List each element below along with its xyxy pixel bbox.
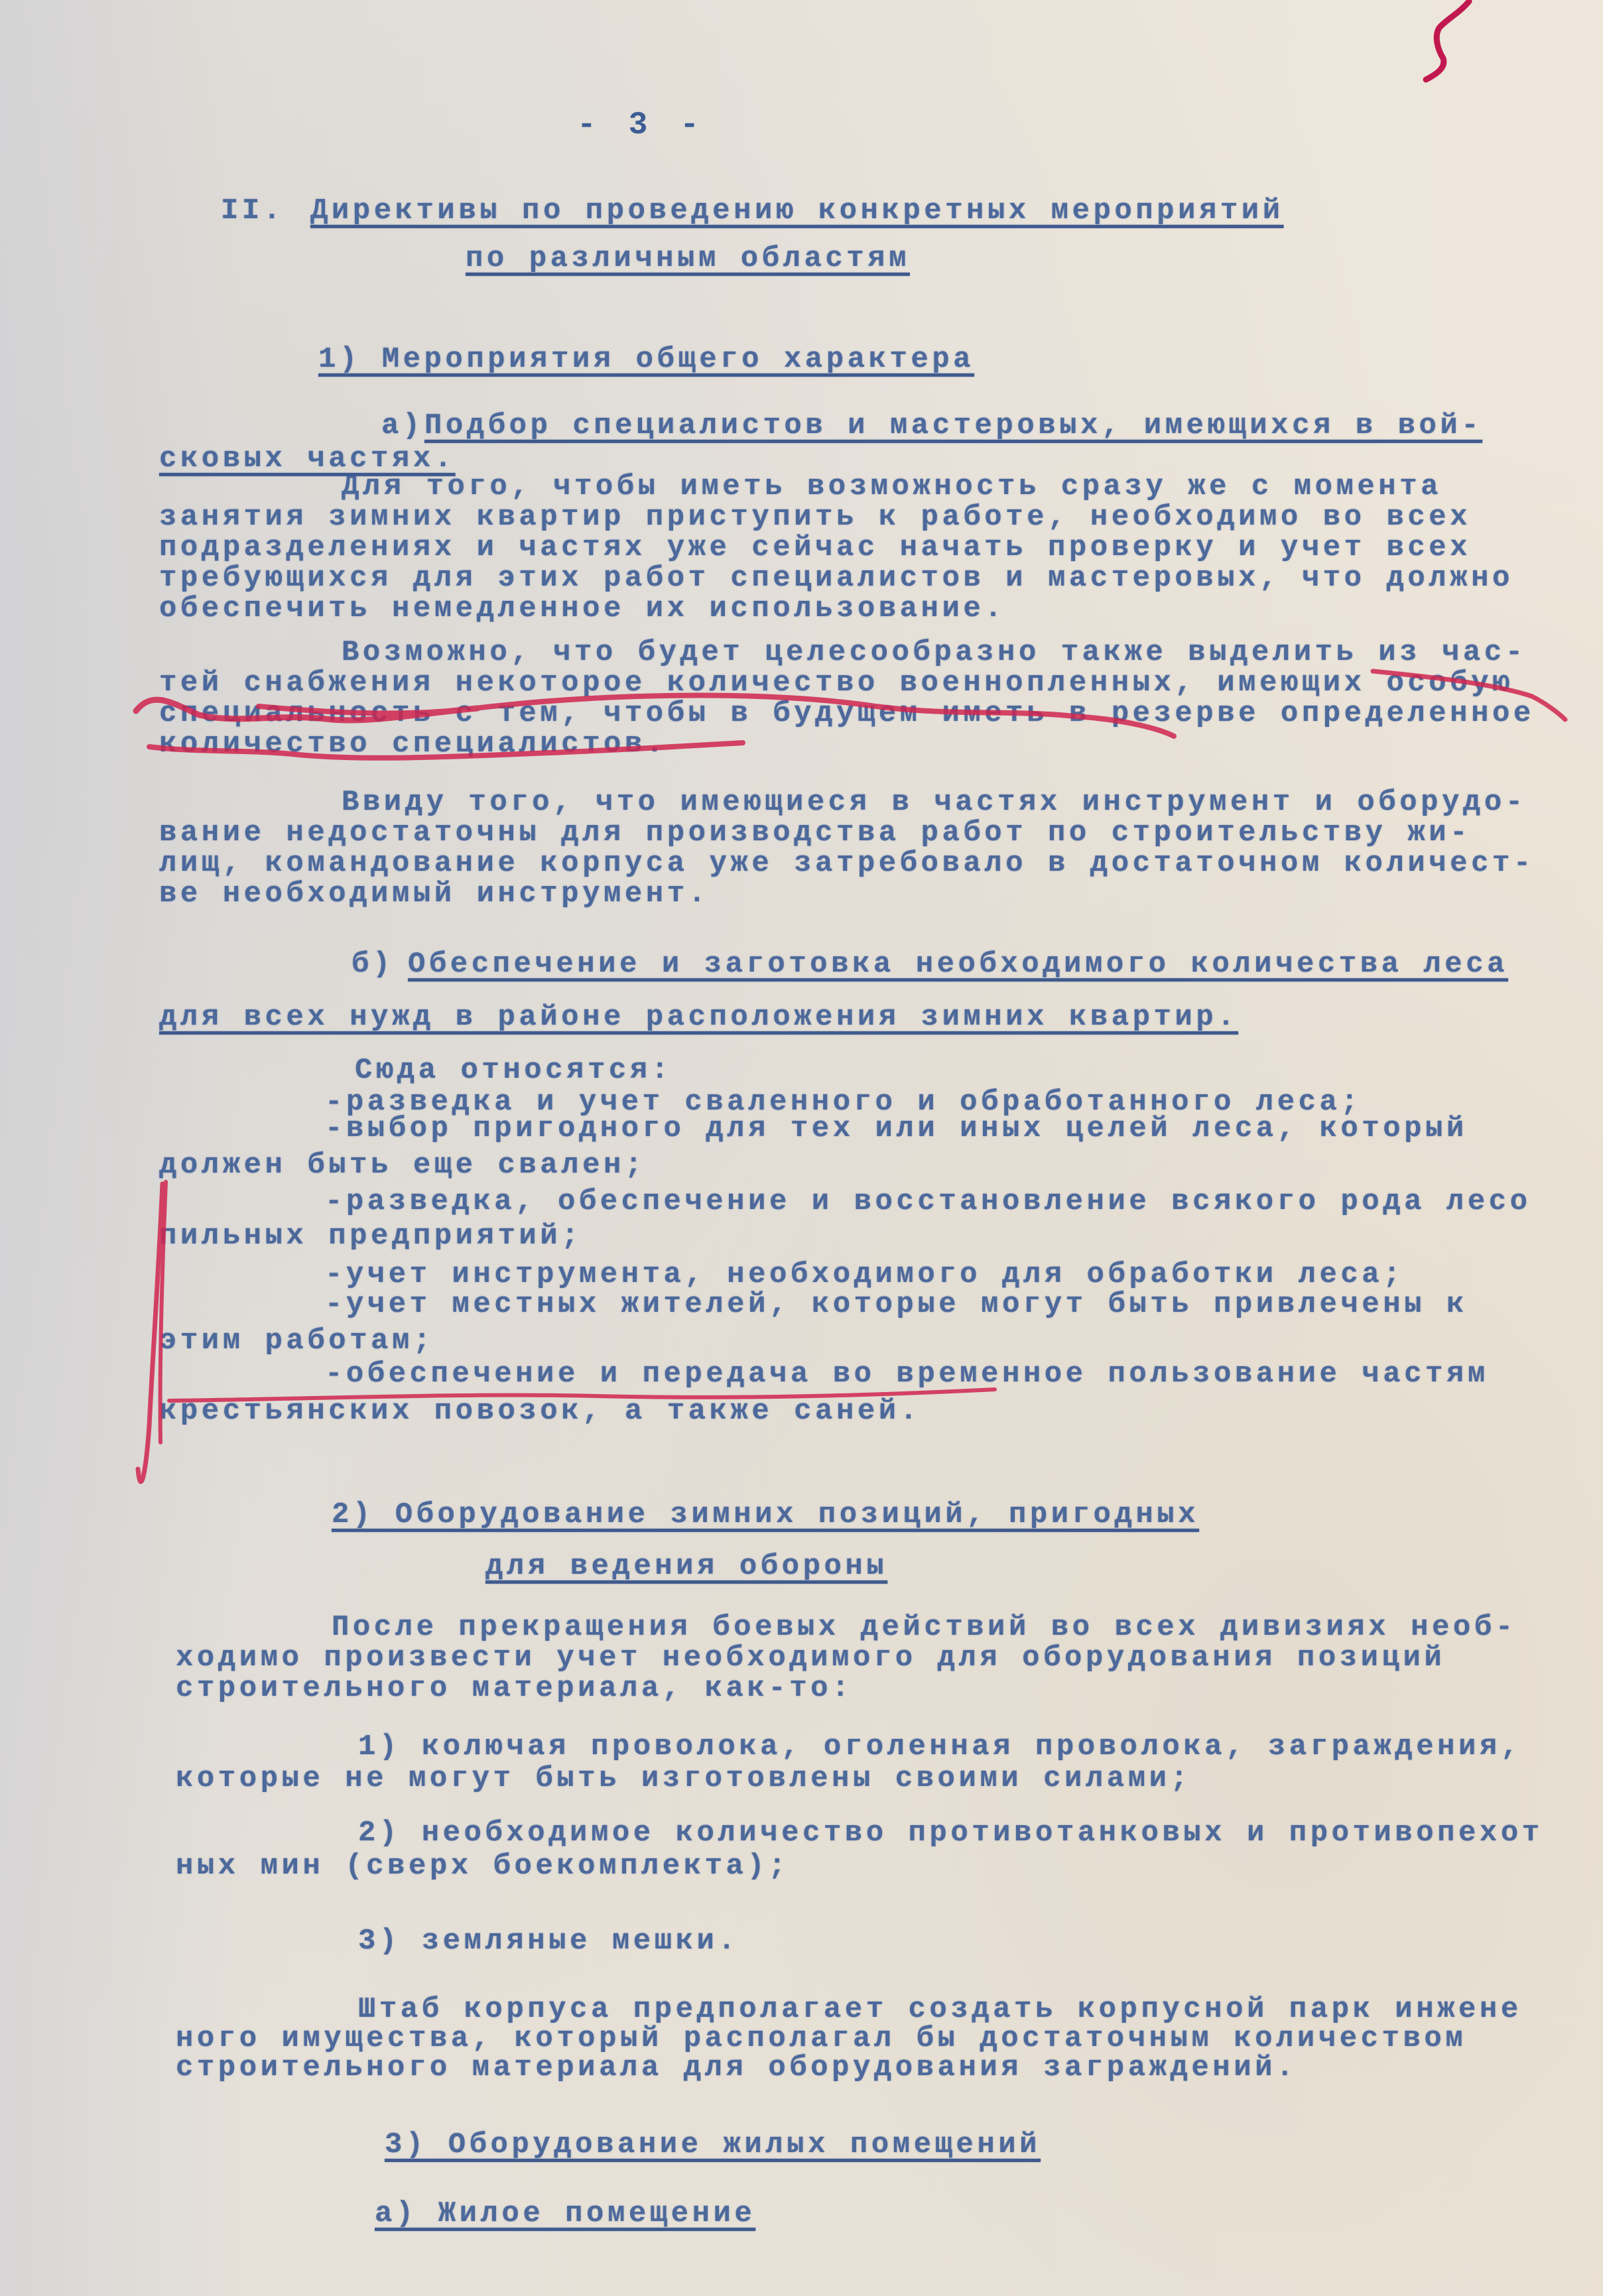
material-item-continuation: ных мин (сверх боекомплекта); bbox=[176, 1852, 789, 1881]
text-line: подразделениях и частях уже сейчас начат… bbox=[159, 533, 1471, 562]
section-heading-line1: Директивы по проведению конкретных мероп… bbox=[310, 196, 1284, 225]
text-line: занятия зимних квартир приступить к рабо… bbox=[159, 503, 1471, 532]
text-line: ве необходимый инструмент. bbox=[159, 879, 710, 909]
subsection-2-heading-line1: 2) Оборудование зимних позиций, пригодны… bbox=[332, 1500, 1199, 1529]
list-line: -выбор пригодного для тех или иных целей… bbox=[325, 1114, 1468, 1143]
list-line: этим работам; bbox=[159, 1326, 434, 1356]
text-line: строительного материала для оборудования… bbox=[176, 2053, 1297, 2082]
subsection-2-heading-line2: для ведения обороны bbox=[485, 1552, 887, 1581]
subsection-1-heading: 1) Мероприятия общего характера bbox=[318, 345, 974, 374]
text-line: Ввиду того, что имеющиеся в частях инстр… bbox=[342, 788, 1527, 817]
material-item-continuation: которые не могут быть изготовлены своими… bbox=[176, 1764, 1191, 1793]
text-line: ного имущества, который располагал бы до… bbox=[176, 2024, 1466, 2053]
text-line: тей снабжения некоторое количество военн… bbox=[159, 669, 1513, 698]
material-item: 3) земляные мешки. bbox=[358, 1927, 739, 1956]
material-item: 2) необходимое количество противотанковы… bbox=[358, 1818, 1543, 1848]
text-line: строительного материала, как-то: bbox=[176, 1674, 853, 1703]
list-line: пильных предприятий; bbox=[159, 1222, 582, 1251]
item-a-label: а) bbox=[381, 411, 424, 440]
item-b-title-line1: Обеспечение и заготовка необходимого кол… bbox=[408, 950, 1508, 979]
text-line: количество специалистов. bbox=[159, 730, 667, 759]
material-item: 1) колючая проволока, оголенная проволок… bbox=[358, 1732, 1522, 1761]
list-line: -учет местных жителей, которые могут быт… bbox=[325, 1290, 1468, 1319]
list-line: должен быть еще свален; bbox=[159, 1151, 646, 1180]
text-line: обеспечить немедленное их использование. bbox=[159, 594, 1005, 623]
text-line: специальность с тем, чтобы в будущем име… bbox=[159, 699, 1535, 728]
section-number: II. bbox=[221, 196, 285, 225]
list-line: -учет инструмента, необходимого для обра… bbox=[325, 1260, 1404, 1289]
text-line: Для того, чтобы иметь возможность сразу … bbox=[342, 472, 1442, 501]
handwritten-folio-mark bbox=[1399, 0, 1479, 86]
text-line: Возможно, что будет целесообразно также … bbox=[342, 638, 1527, 667]
subsection-3-item-a: а) Жилое помещение bbox=[375, 2199, 755, 2228]
item-b-label: б) bbox=[352, 950, 394, 979]
item-a-title-line1: Подбор специалистов и мастеровых, имеющи… bbox=[424, 411, 1482, 440]
list-line: -разведка, обеспечение и восстановление … bbox=[325, 1187, 1531, 1216]
item-a-title-line2: сковых частях. bbox=[159, 444, 456, 474]
text-line: После прекращения боевых действий во все… bbox=[332, 1613, 1517, 1642]
item-b-title-line2: для всех нужд в районе расположения зимн… bbox=[159, 1003, 1238, 1032]
section-heading-line2: по различным областям bbox=[466, 244, 910, 273]
text-line: Штаб корпуса предполагает создать корпус… bbox=[358, 1995, 1522, 2024]
item-b-intro: Сюда относятся: bbox=[355, 1056, 673, 1085]
list-line: -обеспечение и передача во временное пол… bbox=[325, 1360, 1489, 1389]
subsection-3-heading: 3) Оборудование жилых помещений bbox=[385, 2130, 1041, 2159]
page-number: - 3 - bbox=[577, 107, 706, 143]
text-line: ходимо произвести учет необходимого для … bbox=[176, 1643, 1445, 1673]
list-line: крестьянских повозок, а также саней. bbox=[159, 1397, 921, 1426]
text-line: требующихся для этих работ специалистов … bbox=[159, 564, 1513, 593]
text-line: вание недостаточны для производства рабо… bbox=[159, 818, 1471, 848]
text-line: лищ, командование корпуса уже затребовал… bbox=[159, 849, 1535, 878]
